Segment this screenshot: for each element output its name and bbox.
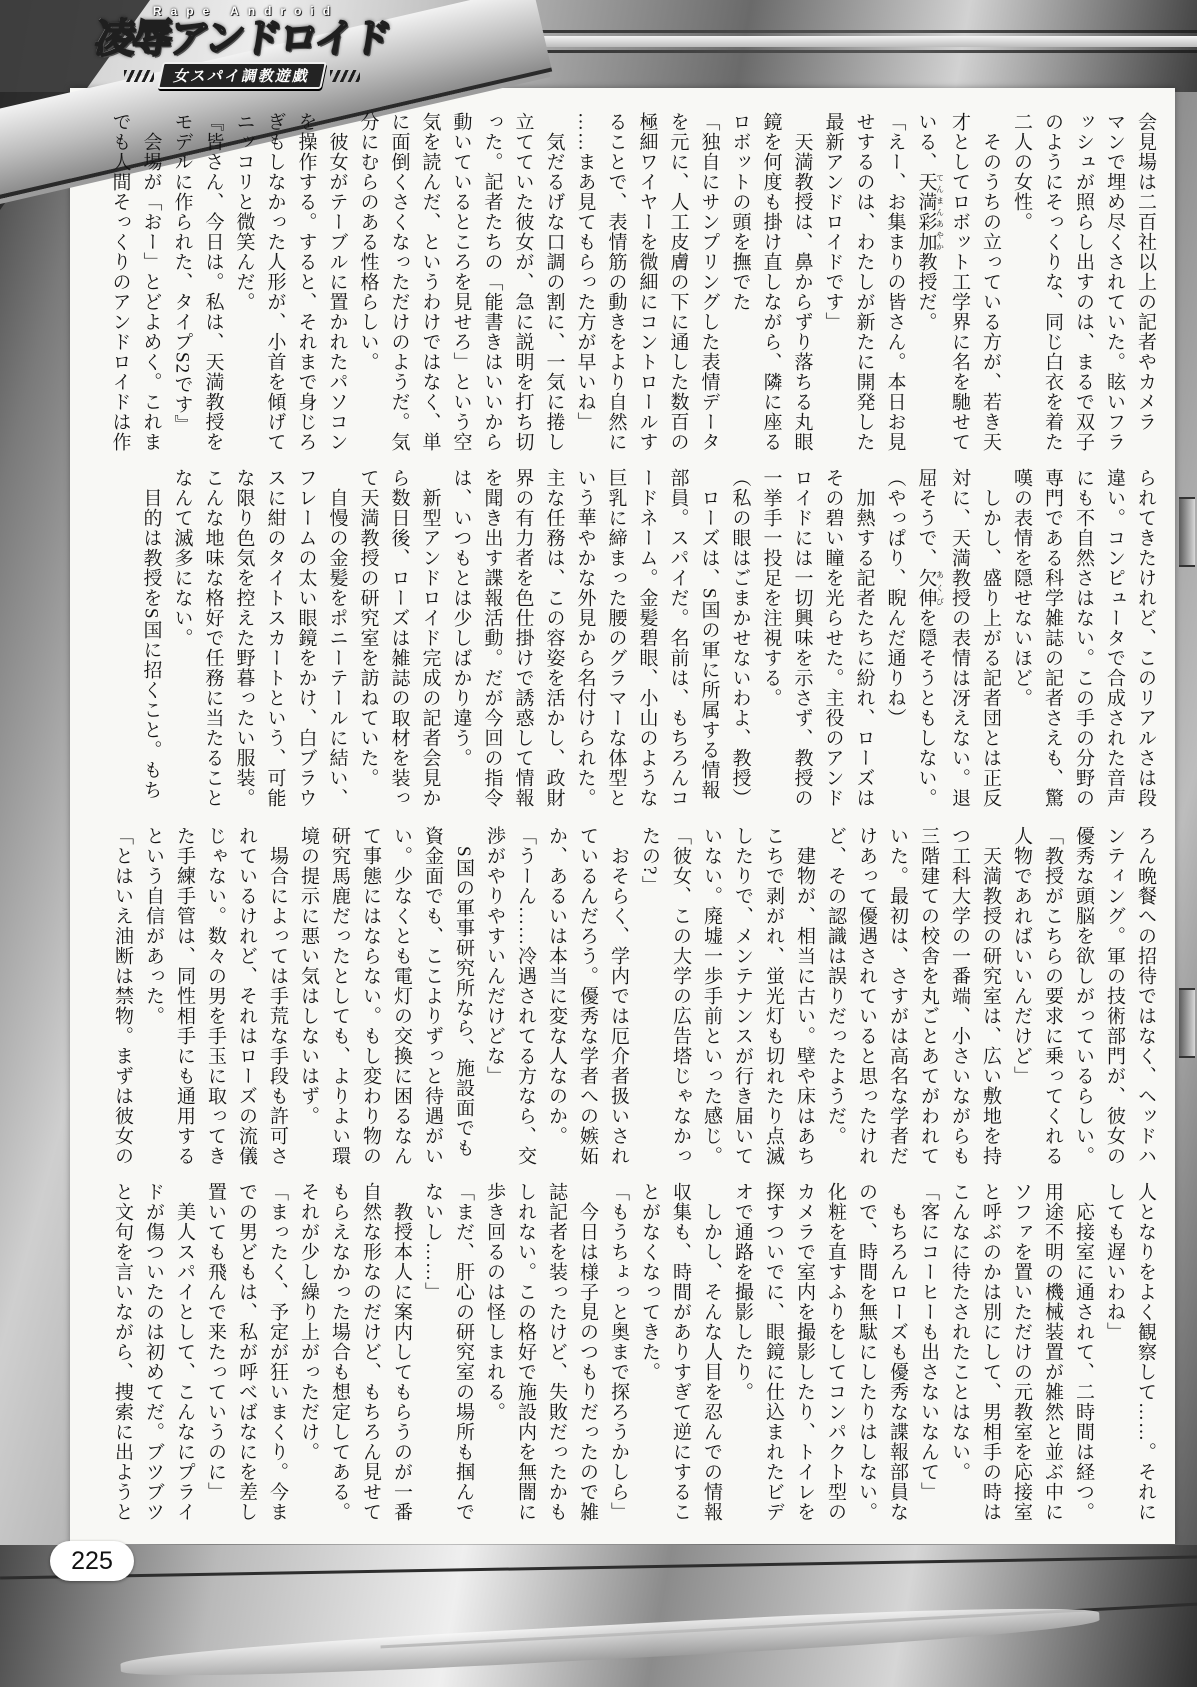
logo-subtitle-text: 女スパイ調教遊戯: [157, 62, 327, 89]
text-column: 今日は様子見のつもりだったので雑: [572, 1182, 603, 1532]
text-column: ど、その認識は誤りだったようだ。: [820, 826, 851, 1176]
text-band-4: 人となりをよく観察して……。それにしても遅いわね」 応接室に通されて、二時間は経…: [107, 1182, 1161, 1534]
text-column: 歩き回るのは怪しまれる。: [479, 1182, 510, 1532]
text-column: いう華やかな外見から名付けられた。: [570, 468, 601, 818]
text-column: 天満教授は、鼻からずり落ちる丸眼: [787, 112, 818, 462]
text-column: 極細ワイヤーを微細にコントロールす: [632, 112, 663, 462]
text-column: 優秀な頭脳を欲しがっているらしい。: [1068, 826, 1099, 1176]
logo-romaji-text: Rape Android: [60, 4, 432, 18]
text-column: 「まったく、予定が狂いまくり。今ま: [262, 1182, 293, 1532]
text-column: せするのは、わたしが新たに開発した: [849, 112, 880, 462]
text-column: もらえなかった場合も想定してある。: [324, 1182, 355, 1532]
page-number: 225: [71, 1547, 113, 1576]
series-logo: Rape Android 凌辱アンドロイド 女スパイ調教遊戯: [52, 4, 432, 100]
text-column: 「とはいえ油断は禁物。まずは彼女の: [107, 826, 138, 1176]
text-column: に面倒くさくなっただけのようだ。気: [384, 112, 415, 462]
text-column: 彼女がテーブルに置かれたパソコン: [322, 112, 353, 462]
page-number-badge: 225: [50, 1541, 134, 1581]
text-column: と呼ぶのかは別にして、男相手の時は: [975, 1182, 1006, 1532]
text-band-2: られてきたけれど、このリアルさは段違い。コンピュータで合成された音声にも不自然さ…: [136, 468, 1162, 820]
text-column: 誌記者を装ったけど、失敗だったかも: [541, 1182, 572, 1532]
text-column: 自慢の金髪をポニーテールに結い、: [322, 468, 353, 818]
text-column: 屈そうで、欠伸あくびを隠そうともしない。: [911, 468, 945, 818]
text-column: 「独自にサンプリングした表情データ: [694, 112, 725, 462]
text-column: を元に、人工皮膚の下に通した数百の: [663, 112, 694, 462]
text-column: な限り色気を控えた野暮ったい服装。: [229, 468, 260, 818]
hatch-lines-icon: [124, 70, 154, 82]
text-column: のようにそっくりな、同じ白衣を着た: [1037, 112, 1068, 462]
text-column: つ工科大学の一番端、小さいながらも: [944, 826, 975, 1176]
text-column: もちろんローズも優秀な諜報部員な: [882, 1182, 913, 1532]
text-column: た手練手管は、同性相手にも通用する: [169, 826, 200, 1176]
text-column: 建物が、相当に古い。壁や床はあち: [789, 826, 820, 1176]
book-page: Rape Android 凌辱アンドロイド 女スパイ調教遊戯 会見場は二百社以上…: [0, 0, 1197, 1687]
text-column: 部員。スパイだ。名前は、もちろんコ: [663, 468, 694, 818]
text-column: それが少し繰り上がっただけ。: [293, 1182, 324, 1532]
text-column: スに紺のタイトスカートという、可能: [260, 468, 291, 818]
text-column: 研究馬鹿だったとしても、よりよい環: [324, 826, 355, 1176]
text-column: ないし……」: [417, 1182, 448, 1532]
text-column: 天満教授の研究室は、広い敷地を持: [975, 826, 1006, 1176]
text-column: 鏡を何度も掛け直しながら、隣に座る: [756, 112, 787, 462]
text-column: 「客にコーヒーも出さないなんて」: [913, 1182, 944, 1532]
text-column: そのうちの立っている方が、若き天: [975, 112, 1006, 462]
text-column: れているけれど、それはローズの流儀: [231, 826, 262, 1176]
text-column: たの?」: [634, 826, 665, 1176]
text-column: 会見場は二百社以上の記者やカメラ: [1130, 112, 1161, 462]
text-column: 嘆の表情を隠せないほど。: [1006, 468, 1037, 818]
text-column: られてきたけれど、このリアルさは段: [1130, 468, 1161, 818]
text-column: なんて滅多にない。: [167, 468, 198, 818]
text-column: したりで、メンテナンスが行き届いて: [727, 826, 758, 1176]
text-column: 二人の女性。: [1006, 112, 1037, 462]
text-column: しても遅いわね」: [1099, 1182, 1130, 1532]
text-column: ら数日後、ローズは雑誌の取材を装っ: [384, 468, 415, 818]
text-column: とがなくなってきた。: [634, 1182, 665, 1532]
text-column: て天満教授の研究室を訪ねていた。: [353, 468, 384, 818]
text-column: 三階建ての校舎を丸ごとあてがわれて: [913, 826, 944, 1176]
text-column: ロボットの頭を撫でた: [725, 112, 756, 462]
text-column: った。記者たちの「能書きはいいから: [477, 112, 508, 462]
text-column: いる、天満彩加てんまんあやか教授だ。: [911, 112, 945, 462]
text-column: 分にむらのある性格らしい。: [353, 112, 384, 462]
text-column: 『皆さん、今日は。私は、天満教授を: [198, 112, 229, 462]
text-band-3: ろん晩餐への招待ではなく、ヘッドハンティング。軍の技術部門が、彼女の優秀な頭脳を…: [107, 826, 1161, 1178]
text-column: い。少なくとも電灯の交換に困るなん: [386, 826, 417, 1176]
text-column: ているんだろう。優秀な学者への嫉妬: [572, 826, 603, 1176]
logo-subtitle-ribbon: 女スパイ調教遊戯: [52, 62, 432, 89]
text-column: 対に、天満教授の表情は冴えない。退: [944, 468, 975, 818]
text-column: ローズは、S国の軍に所属する情報: [694, 468, 725, 818]
text-column: 「まだ、肝心の研究室の場所も掴んで: [448, 1182, 479, 1532]
right-edge-tab: [1179, 497, 1195, 567]
text-column: 主な任務は、この容姿を活かし、政財: [539, 468, 570, 818]
text-band-1: 会見場は二百社以上の記者やカメラマンで埋め尽くされていた。眩いフラッシュが照らし…: [105, 112, 1162, 464]
text-column: 界の有力者を色仕掛けで誘惑して情報: [508, 468, 539, 818]
header-rule-highlight: [448, 36, 1197, 47]
text-column: 新型アンドロイド完成の記者会見か: [415, 468, 446, 818]
text-column: ソファを置いただけの元教室を応接室: [1006, 1182, 1037, 1532]
text-column: じゃない。数々の男を手玉に取ってき: [200, 826, 231, 1176]
text-column: ので、時間を無駄にしたりはしない。: [851, 1182, 882, 1532]
text-column: こんな地味な格好で任務に当たること: [198, 468, 229, 818]
text-column: ドが傷ついたのは初めてだ。ブツブツ: [138, 1182, 169, 1532]
text-column: フレームの太い眼鏡をかけ、白ブラウ: [291, 468, 322, 818]
text-column: 巨乳に締まった腰のグラマーな体型と: [601, 468, 632, 818]
text-column: ることで、表情筋の動きをより自然に: [601, 112, 632, 462]
text-column: 渉がやりやすいんだけどな」: [479, 826, 510, 1176]
text-column: 自然な形なのだけど、もちろん見せて: [355, 1182, 386, 1532]
text-column: を聞き出す諜報活動。だが今回の指令: [477, 468, 508, 818]
text-column: 教授本人に案内してもらうのが一番: [386, 1182, 417, 1532]
text-column: か、あるいは本当に変な人なのか。: [541, 826, 572, 1176]
text-column: 違い。コンピュータで合成された音声: [1099, 468, 1130, 818]
text-column: 「教授がこちらの要求に乗ってくれる: [1037, 826, 1068, 1176]
text-column: 探すついでに、眼鏡に仕込まれたビデ: [758, 1182, 789, 1532]
text-column: その碧い瞳を光らせた。主役のアンド: [818, 468, 849, 818]
text-column: 「えー、お集まりの皆さん。本日お見: [880, 112, 911, 462]
text-column: 会場が「おー」とどよめく。これま: [136, 112, 167, 462]
text-column: けあって優遇されていると思ったけれ: [851, 826, 882, 1176]
text-column: 「もうちょっと奥まで探ろうかしら」: [603, 1182, 634, 1532]
text-column: と文句を言いながら、捜索に出ようと: [107, 1182, 138, 1532]
text-column: にも不自然さはない。この手の分野の: [1068, 468, 1099, 818]
text-column: 美人スパイとして、こんなにプライ: [169, 1182, 200, 1532]
text-column: しかし、そんな人目を忍んでの情報: [696, 1182, 727, 1532]
text-column: おそらく、学内では厄介者扱いされ: [603, 826, 634, 1176]
text-column: ロイドには一切興味を示さず、教授の: [787, 468, 818, 818]
text-column: 場合によっては手荒な手段も許可さ: [262, 826, 293, 1176]
text-column: （やっぱり、睨んだ通りね）: [880, 468, 911, 818]
text-column: ろん晩餐への招待ではなく、ヘッドハ: [1130, 826, 1161, 1176]
hatch-lines-icon: [330, 70, 360, 82]
text-column: 目的は教授をS国に招くこと。もち: [136, 468, 167, 818]
text-column: モデルに作られた、タイプS2です』: [167, 112, 198, 462]
text-column: ニッコリと微笑んだ。: [229, 112, 260, 462]
text-column: ぎもしなかった人形が、小首を傾げて: [260, 112, 291, 462]
text-column: 気だるげな口調の割に、一気に捲し: [539, 112, 570, 462]
text-column: 「うーん……冷遇されてる方なら、交: [510, 826, 541, 1176]
text-column: 応接室に通されて、二時間は経つ。: [1068, 1182, 1099, 1532]
text-column: カメラで室内を撮影したり、トイレを: [789, 1182, 820, 1532]
text-column: 境の提示に悪い気はしないはず。: [293, 826, 324, 1176]
text-column: 動いているところを見せろ」という空: [446, 112, 477, 462]
text-column: こんなに待たされたことはない。: [944, 1182, 975, 1532]
text-column: （私の眼はごまかせないわよ、教授）: [725, 468, 756, 818]
text-column: 加熱する記者たちに紛れ、ローズは: [849, 468, 880, 818]
text-column: いた。最初は、さすがは高名な学者だ: [882, 826, 913, 1176]
text-column: での男どもは、私が呼べばなにを差し: [231, 1182, 262, 1532]
header-rule-top: [448, 30, 1197, 33]
text-column: ンティング。軍の技術部門が、彼女の: [1099, 826, 1130, 1176]
text-column: オで通路を撮影したり。: [727, 1182, 758, 1532]
text-column: 最新アンドロイドです」: [818, 112, 849, 462]
text-column: しれない。この格好で施設内を無闇に: [510, 1182, 541, 1532]
text-column: ……まあ見てもらった方が早いね」: [570, 112, 601, 462]
text-column: マンで埋め尽くされていた。眩いフラ: [1099, 112, 1130, 462]
text-column: こちで剥がれ、蛍光灯も切れたり点滅: [758, 826, 789, 1176]
header-rule-bottom: [448, 50, 1197, 53]
text-column: S国の軍事研究所なら、施設面でも: [448, 826, 479, 1176]
text-column: 収集も、時間がありすぎて逆にするこ: [665, 1182, 696, 1532]
text-column: 一挙手一投足を注視する。: [756, 468, 787, 818]
text-column: いない。廃墟一歩手前といった感じ。: [696, 826, 727, 1176]
text-column: 「彼女、この大学の広告塔じゃなかっ: [665, 826, 696, 1176]
text-column: 置いても飛んで来たっていうのに」: [200, 1182, 231, 1532]
text-column: という自信があった。: [138, 826, 169, 1176]
text-column: て事態にはならない。もし変わり物の: [355, 826, 386, 1176]
text-column: 人物であればいいんだけど」: [1006, 826, 1037, 1176]
text-column: 化粧を直すふりをしてコンパクト型の: [820, 1182, 851, 1532]
text-column: ードネーム。金髪碧眼、小山のような: [632, 468, 663, 818]
text-column: ッシュが照らし出すのは、まるで双子: [1068, 112, 1099, 462]
text-column: でも人間そっくりのアンドロイドは作: [105, 112, 136, 462]
text-column: 立てていた彼女が、急に説明を打ち切: [508, 112, 539, 462]
text-column: 気を読んだ、というわけではなく、単: [415, 112, 446, 462]
text-column: しかし、盛り上がる記者団とは正反: [975, 468, 1006, 818]
text-column: は、いつもとは少しばかり違う。: [446, 468, 477, 818]
text-column: 用途不明の機械装置が雑然と並ぶ中に: [1037, 1182, 1068, 1532]
text-column: 資金面でも、ここよりずっと待遇がい: [417, 826, 448, 1176]
text-column: を操作する。すると、それまで身じろ: [291, 112, 322, 462]
text-column: 人となりをよく観察して……。それに: [1130, 1182, 1161, 1532]
text-column: 専門である科学雑誌の記者さえも、驚: [1037, 468, 1068, 818]
right-edge-tab: [1179, 988, 1195, 1058]
logo-title-text: 凌辱アンドロイド: [49, 18, 435, 60]
text-column: 才としてロボット工学界に名を馳せて: [944, 112, 975, 462]
